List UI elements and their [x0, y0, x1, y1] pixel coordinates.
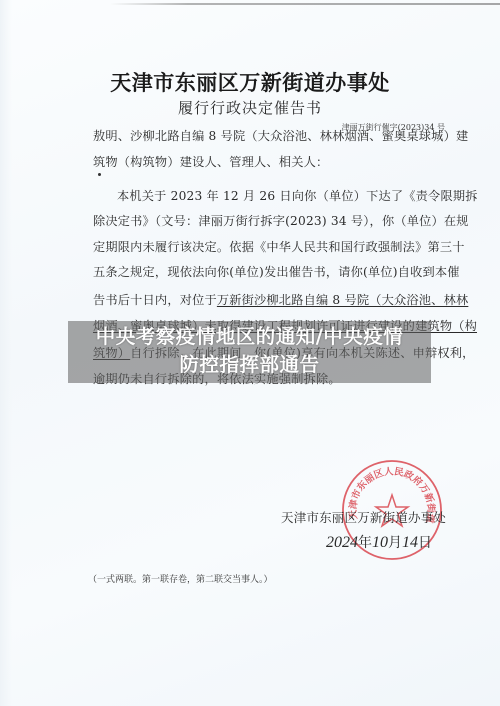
body-line: 定期限内未履行该决定。依据《中华人民共和国行政强制法》第三十: [93, 240, 441, 254]
headline-line-1: 中央考察疫情地区的通知/中央疫情: [68, 323, 431, 351]
page-top-edge: [110, 3, 500, 5]
document-page: 天津市东丽区万新街道办事处 履行行政决定催告书 津丽万街行催字(2023)34 …: [0, 0, 500, 706]
date-year-char: 年: [358, 535, 372, 551]
body-line: 五条之规定，现依法向你(单位)发出催告书，请你(单位)自收到本催: [93, 265, 441, 279]
date-day-char: 日: [418, 535, 432, 551]
issuer-title: 天津市东丽区万新街道办事处: [0, 67, 500, 97]
body-line: 本机关于 2023 年 12 月 26 日向你（单位）下达了《责令限期拆: [117, 189, 441, 203]
body-line: 除决定书》（文号：津丽万街行拆字(2023) 34 号），你（单位）在规: [93, 214, 441, 228]
date-month-char: 月: [388, 535, 402, 551]
date-day: 14: [402, 534, 418, 551]
date-year: 2024: [326, 534, 358, 551]
signature-date: 2024年10月14日: [326, 532, 432, 552]
headline-line-2: 防控指挥部通告: [68, 351, 431, 379]
copy-distribution-note: （一式两联。第一联存卷，第二联交当事人。）: [88, 572, 273, 585]
body-text: 告书后十日内，对位于: [93, 293, 217, 307]
date-month: 10: [372, 534, 388, 551]
document-subtitle: 履行行政决定催告书: [0, 97, 500, 118]
body-line: 敖明、沙柳北路自编 8 号院（大众浴池、林林烟酒、蜜奥桌球城）建: [93, 129, 441, 143]
bullet-mark: [98, 173, 101, 176]
headline-text[interactable]: 中央考察疫情地区的通知/中央疫情 防控指挥部通告: [68, 323, 431, 379]
underlined-address: 万新街沙柳北路自编 8 号院（大众浴池、林林: [217, 293, 468, 307]
signature-organization: 天津市东丽区万新街道办事处: [281, 508, 446, 526]
body-line: 告书后十日内，对位于万新街沙柳北路自编 8 号院（大众浴池、林林: [93, 293, 441, 307]
body-line: 筑物（构筑物）建设人、管理人、相关人：: [93, 155, 441, 169]
